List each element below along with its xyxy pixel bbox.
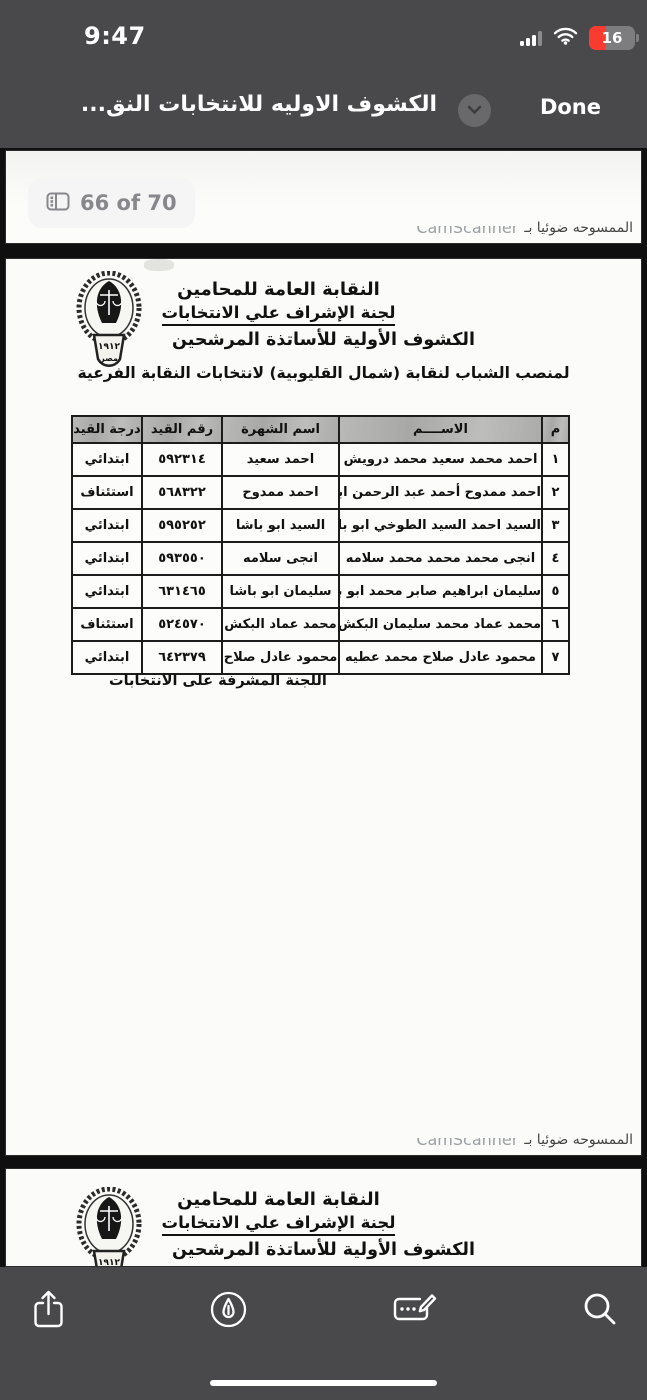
page-67-top: ١٩١٢ مصر النقابة العامة للمحامين لجنة ال… [5, 1168, 642, 1267]
cell-reg-no: ٥٩٢٣١٤ [142, 443, 222, 476]
cell-degree: استئناف [72, 608, 142, 641]
cell-alias: محمود عادل صلاح [222, 641, 339, 674]
cell-alias: السيد ابو باشا [222, 509, 339, 542]
table-row: ٧ محمود عادل صلاح محمد عطيه محمود عادل ص… [72, 641, 569, 674]
cell-no: ٢ [542, 476, 569, 509]
bottom-toolbar [0, 1267, 647, 1400]
col-header-degree: درجة القيد [72, 416, 142, 443]
cell-no: ٦ [542, 608, 569, 641]
closing-committee-line: اللجنة المشرفة على الانتخابات [109, 673, 327, 689]
cell-name: السيد احمد السيد الطوخي ابو باشا [339, 509, 542, 542]
cell-reg-no: ٥٢٤٥٧٠ [142, 608, 222, 641]
title-menu-button[interactable] [458, 94, 491, 127]
wifi-icon [553, 27, 578, 49]
cell-reg-no: ٦٣١٤٦٥ [142, 575, 222, 608]
share-button[interactable] [33, 1289, 64, 1332]
cell-degree: ابتدائي [72, 542, 142, 575]
col-header-no: م [542, 416, 569, 443]
search-icon [583, 1314, 617, 1329]
svg-text:مصر: مصر [99, 354, 118, 363]
scan-smudge [144, 259, 174, 271]
cell-alias: انجى سلامه [222, 542, 339, 575]
table-row: ٥ سليمان ابراهيم صابر محمد ابو باشا سليم… [72, 575, 569, 608]
cell-name: سليمان ابراهيم صابر محمد ابو باشا [339, 575, 542, 608]
cell-alias: سليمان ابو باشا [222, 575, 339, 608]
svg-text:١٩١٢: ١٩١٢ [98, 342, 120, 352]
col-header-reg: رقم القيد [142, 416, 222, 443]
cell-no: ١ [542, 443, 569, 476]
top-bar: 9:47 16 الكشوف الاوليه للانتخابات النق..… [0, 0, 647, 148]
table-row: ١ احمد محمد سعيد محمد درويش احمد سعيد ٥٩… [72, 443, 569, 476]
status-icons: 16 [520, 26, 639, 50]
camscanner-watermark: الممسوحه ضوئيا بـ CamScanner [416, 1130, 633, 1149]
chevron-down-icon [467, 103, 482, 118]
page-indicator-label: 66 of 70 [80, 191, 177, 215]
table-row: ٢ احمد ممدوح أحمد عبد الرحمن ابو الخير ا… [72, 476, 569, 509]
bar-association-logo: ١٩١٢ مصر [74, 271, 144, 375]
cell-no: ٤ [542, 542, 569, 575]
quicklook-screen: 9:47 16 الكشوف الاوليه للانتخابات النق..… [0, 0, 647, 1400]
cell-no: ٧ [542, 641, 569, 674]
cell-alias: احمد سعيد [222, 443, 339, 476]
document-title: الكشوف الاوليه للانتخابات النق... [81, 92, 437, 117]
cell-degree: ابتدائي [72, 641, 142, 674]
cell-degree: ابتدائي [72, 443, 142, 476]
table-header-row: م الاســــم اسم الشهرة رقم القيد درجة ال… [72, 416, 569, 443]
cellular-signal-icon [520, 31, 542, 46]
share-icon [33, 1317, 64, 1332]
cell-name: محمد عماد محمد سليمان البكش [339, 608, 542, 641]
cell-degree: استئناف [72, 476, 142, 509]
home-indicator[interactable] [210, 1380, 437, 1386]
cell-no: ٥ [542, 575, 569, 608]
cell-name: احمد محمد سعيد محمد درويش [339, 443, 542, 476]
cell-name: انجى محمد محمد محمد سلامه [339, 542, 542, 575]
camscanner-watermark: الممسوحه ضوئيا بـ CamScanner [416, 218, 633, 237]
search-button[interactable] [583, 1289, 617, 1332]
cell-reg-no: ٥٩٣٥٥٠ [142, 542, 222, 575]
candidates-tbody: ١ احمد محمد سعيد محمد درويش احمد سعيد ٥٩… [72, 443, 569, 674]
cell-name: محمود عادل صلاح محمد عطيه [339, 641, 542, 674]
col-header-name: الاســــم [339, 416, 542, 443]
table-row: ٤ انجى محمد محمد محمد سلامه انجى سلامه ٥… [72, 542, 569, 575]
cell-alias: احمد ممدوح [222, 476, 339, 509]
markup-pen-icon [210, 1316, 247, 1331]
status-time: 9:47 [84, 22, 146, 50]
battery-percent: 16 [589, 26, 635, 50]
cell-no: ٣ [542, 509, 569, 542]
svg-text:١٩١٢: ١٩١٢ [98, 1258, 120, 1267]
bar-association-logo: ١٩١٢ مصر [74, 1187, 144, 1267]
document-viewer[interactable]: الممسوحه ضوئيا بـ CamScanner ١٩١٢ مصر [0, 148, 647, 1267]
candidates-table: م الاســــم اسم الشهرة رقم القيد درجة ال… [71, 415, 570, 675]
table-row: ٣ السيد احمد السيد الطوخي ابو باشا السيد… [72, 509, 569, 542]
cell-alias: محمد عماد البكش [222, 608, 339, 641]
cell-degree: ابتدائي [72, 575, 142, 608]
cell-reg-no: ٥٦٨٣٢٢ [142, 476, 222, 509]
battery-icon: 16 [589, 26, 639, 50]
page-66: ١٩١٢ مصر النقابة العامة للمحامين لجنة ال… [5, 258, 642, 1156]
signature-button[interactable] [392, 1289, 437, 1332]
thumbnails-icon [46, 192, 70, 215]
done-button[interactable]: Done [540, 95, 601, 119]
table-row: ٦ محمد عماد محمد سليمان البكش محمد عماد … [72, 608, 569, 641]
signature-autofill-icon [392, 1314, 437, 1329]
cell-name: احمد ممدوح أحمد عبد الرحمن ابو الخير [339, 476, 542, 509]
cell-degree: ابتدائي [72, 509, 142, 542]
cell-reg-no: ٦٤٢٣٧٩ [142, 641, 222, 674]
col-header-alias: اسم الشهرة [222, 416, 339, 443]
page-indicator-badge[interactable]: 66 of 70 [28, 178, 195, 228]
markup-button[interactable] [210, 1289, 247, 1332]
cell-reg-no: ٥٩٥٢٥٢ [142, 509, 222, 542]
